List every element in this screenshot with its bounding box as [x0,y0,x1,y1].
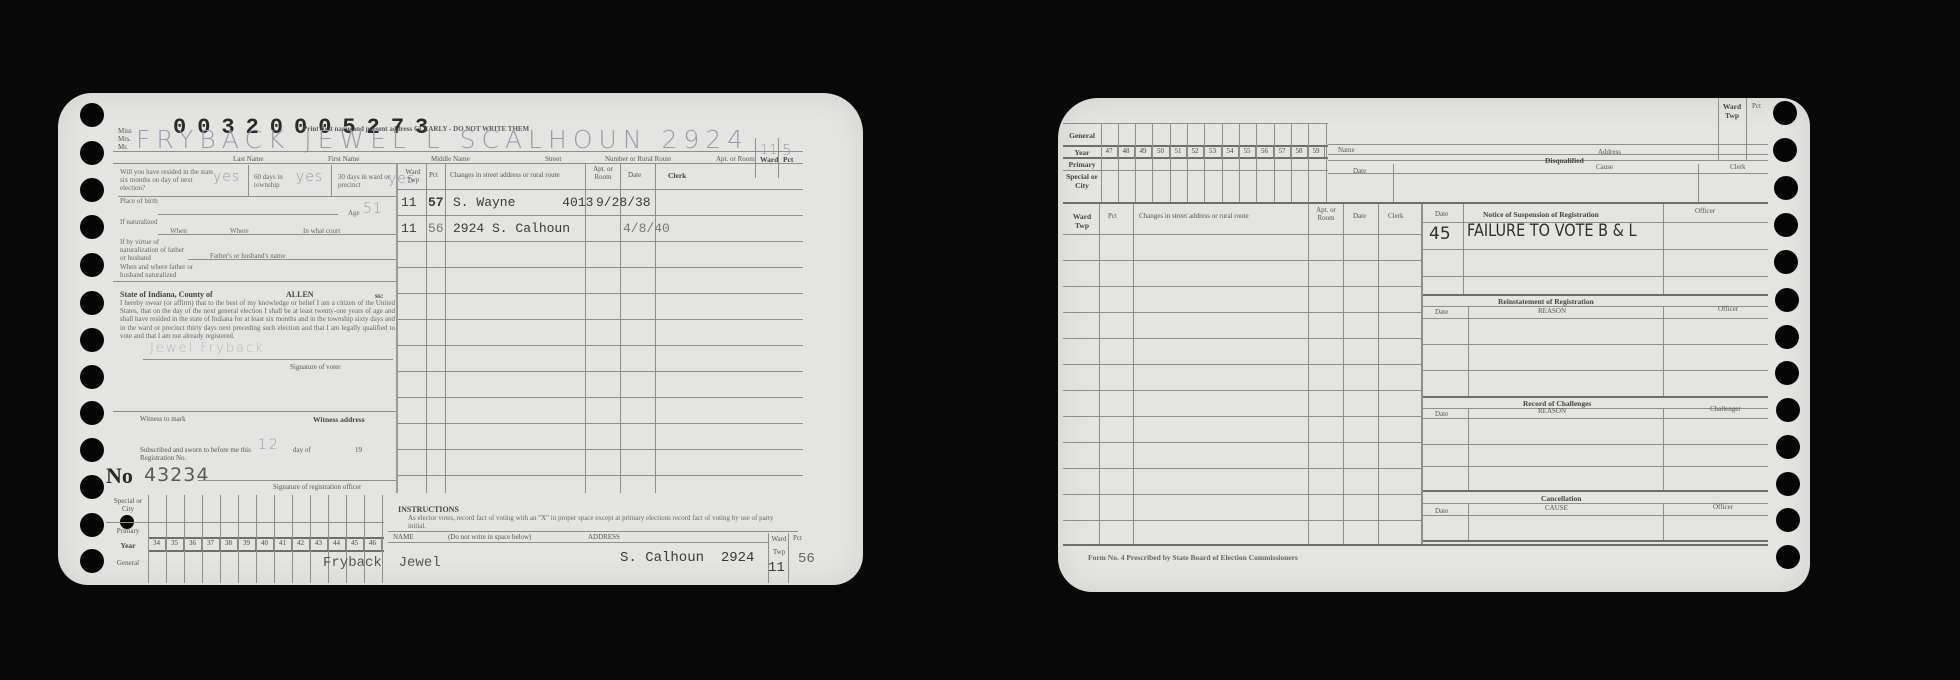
punch-hole [80,365,104,389]
header-clerk: Clerk [1388,212,1404,220]
label-first-name: First Name [328,155,359,163]
header-changes: Changes in street address or rural route [1139,212,1249,220]
suspension-title: Notice of Suspension of Registration [1483,210,1599,219]
label-registrar-signature: Signature of registration officer [273,483,361,491]
punch-hole [80,215,104,239]
year-cell: 55 [1239,147,1256,157]
age-value: 51 [363,201,383,217]
row-label-special: Special or City [108,497,148,513]
punch-hole [1776,472,1800,496]
year-cell: 51 [1170,147,1187,157]
footer-name-label: NAME [393,533,414,541]
answer-state: yes [213,169,240,185]
question-township: 60 days in township [254,173,299,189]
year-cell: 35 [166,539,184,550]
footer-address-value: S. Calhoun 2924 [620,550,754,566]
year-cell: 57 [1274,147,1291,157]
registration-number: 43234 [144,464,209,486]
label-year-prefix: 19 [355,446,362,454]
label-name: Name [1338,146,1355,154]
voting-record-grid: Special or City Primary Year General 34 … [106,495,321,583]
question-state-residence: Will you have resided in the state six m… [120,168,215,193]
row-label-primary: Primary [1065,160,1099,169]
challenges-challenger-label: Challenger [1710,405,1741,413]
label-ward-twp: Ward Twp [1720,102,1744,120]
oath-county-name: ALLEN [286,290,314,299]
year-cell: 59 [1308,147,1325,157]
label-subscribed: Subscribed and sworn to before me this [140,446,251,454]
punch-hole [80,178,104,202]
header-date: Date [1353,212,1366,220]
row2-date: 4/8/40 [623,221,670,236]
punch-hole [80,253,104,277]
year-cell: 37 [202,539,220,550]
row-label-year: Year [108,541,148,550]
label-apt: Apt. or Room [716,155,755,163]
header-changes: Changes in street address or rural route [450,171,560,179]
punch-hole [1776,545,1800,569]
punch-hole [80,549,104,573]
punch-hole [80,103,104,127]
label-number: Number or Rural Route [605,155,671,163]
salutation-mr: Mr. [118,143,128,151]
row1-ward: 11 [401,195,417,210]
punch-hole [1776,508,1800,532]
year-cell: 47 [1101,147,1118,157]
label-street: Street [545,155,561,163]
year-cell: 36 [184,539,202,550]
row2-pct: 56 [428,221,444,236]
row1-date: 9/28/38 [596,195,651,210]
punch-hole [1774,250,1798,274]
reinstatement-reason-label: REASON [1538,307,1566,315]
label-age: Age [348,209,360,217]
year-cell: 49 [1135,147,1152,157]
punch-hole [1776,435,1800,459]
row-label-primary: Primary [108,527,148,535]
suspension-entry-date: 45 [1429,224,1451,244]
header-apt: Apt. or Room [1311,206,1341,222]
label-place-of-birth: Place of birth [120,197,160,205]
suspension-entry-text: FAILURE TO VOTE B & L [1467,221,1637,241]
label-last-name: Last Name [233,155,264,163]
label-father-naturalization: If by virtue of naturalization of father… [120,238,190,263]
cancellation-title: Cancellation [1541,494,1581,503]
header-date: Date [628,171,641,179]
year-cell: 39 [238,539,256,550]
year-cell: 52 [1187,147,1204,157]
row1-pct: 57 [428,195,444,210]
oath-state-county: State of Indiana, County of [120,290,213,299]
punch-hole [80,438,104,462]
suspension-officer-label: Officer [1695,207,1715,215]
reinstatement-date-label: Date [1435,308,1448,316]
handwritten-name-address: FRYBACK JEWEL L SCALHOUN 2924 [136,125,749,154]
label-father-when-where: When and where father or husband natural… [120,263,205,279]
year-cell: 46 [364,539,382,550]
salutation-miss: Miss [118,127,132,135]
punch-hole [1775,325,1799,349]
year-cell: 34 [148,539,166,550]
challenges-date-label: Date [1435,410,1448,418]
year-cell: 50 [1152,147,1170,157]
label-pct-top: Pct [1752,102,1761,110]
footer-name-value: Fryback Jewel [323,555,441,571]
header-clerk: Clerk [668,171,686,180]
header-apt: Apt. or Room [588,165,618,181]
footer-pct-value: 56 [798,551,815,567]
year-cell: 56 [1256,147,1274,157]
footer-ward-label: Ward Twp [770,533,788,559]
header-pct: Pct [429,171,438,179]
row-label-general: General [1065,131,1099,140]
header-ward-twp: Ward Twp [402,168,424,184]
row2-address: 2924 S. Calhoun [453,221,570,236]
year-cell: 40 [256,539,274,550]
label-middle-name: Middle Name [431,155,470,163]
salutation-mrs: Mrs. [118,135,131,143]
punch-hole [1775,361,1799,385]
label-clerk-disq: Clerk [1730,163,1746,171]
punch-hole [80,291,104,315]
label-registration-no: Registration No. [140,454,186,462]
punch-hole [1776,398,1800,422]
punch-hole [80,475,104,499]
year-cell: 43 [310,539,328,550]
registration-card-front: 00320005273 Print first name and present… [58,93,863,585]
registration-status-panel: Date Notice of Suspension of Registratio… [1423,204,1768,544]
instructions-text: As elector votes, record fact of voting … [408,514,788,530]
punch-hole [1774,176,1798,200]
reinstatement-officer-label: Officer [1718,305,1738,313]
punch-hole [80,513,104,537]
year-cell: 45 [346,539,364,550]
address-changes-table: Ward Twp Pct Changes in street address o… [398,163,803,493]
label-day-of: day of [293,446,311,454]
header-ward-twp: Ward Twp [1067,212,1097,230]
header-pct: Pct [1108,212,1117,220]
year-cell: 41 [274,539,292,550]
suspension-date-label: Date [1435,210,1448,218]
year-cell: 44 [328,539,346,550]
row2-ward: 11 [401,221,417,236]
day-value: 12 [258,437,280,453]
punch-hole [1773,101,1797,125]
footer-pct-label: Pct [793,534,802,542]
footer-do-not-write: (Do not write in space below) [448,533,531,541]
row-label-special: Special or City [1065,172,1099,190]
year-cell: 53 [1204,147,1222,157]
punch-hole [80,141,104,165]
punch-hole [80,401,104,425]
address-changes-table: Ward Twp Pct Changes in street address o… [1063,204,1433,544]
label-witness: Witness to mark [140,415,186,423]
row-label-year: Year [1065,148,1099,157]
answer-township: yes [296,169,323,185]
label-voter-signature: Signature of voter [290,363,341,371]
year-cell: 38 [220,539,238,550]
label-disqualified: Disqualified [1545,156,1584,165]
row-label-general: General [108,559,148,567]
cancellation-officer-label: Officer [1713,503,1733,511]
label-cause: Cause [1596,163,1613,171]
footer-address-label: ADDRESS [588,533,620,541]
punch-hole [1774,213,1798,237]
label-naturalized: If naturalized [120,218,160,226]
registration-card-back: General Year Primary Special or City 47 … [1058,98,1810,592]
instructions-title: INSTRUCTIONS [398,505,459,514]
label-witness-address: Witness address [313,415,365,424]
year-cell: 58 [1291,147,1308,157]
voting-record-grid: General Year Primary Special or City 47 … [1063,123,1328,203]
year-cell: 48 [1118,147,1135,157]
cancellation-date-label: Date [1435,507,1448,515]
footer-ward-value: 11 [768,560,785,576]
punch-hole [1773,138,1797,162]
challenges-reason-label: REASON [1538,407,1566,415]
year-cell: 54 [1222,147,1239,157]
punch-hole [80,328,104,352]
cancellation-cause-label: CAUSE [1545,504,1568,512]
oath-text: I hereby swear (or affirm) that to the b… [120,299,395,340]
voter-signature: Jewel Fryback [150,341,265,356]
label-address: Address [1598,148,1621,156]
row1-address: S. Wayne 4013 [453,195,593,210]
number-sign: No [106,463,133,489]
reinstatement-title: Reinstatement of Registration [1498,297,1594,306]
punch-hole [1775,288,1799,312]
form-note: Form No. 4 Prescribed by State Board of … [1088,553,1298,562]
year-cell: 42 [292,539,310,550]
